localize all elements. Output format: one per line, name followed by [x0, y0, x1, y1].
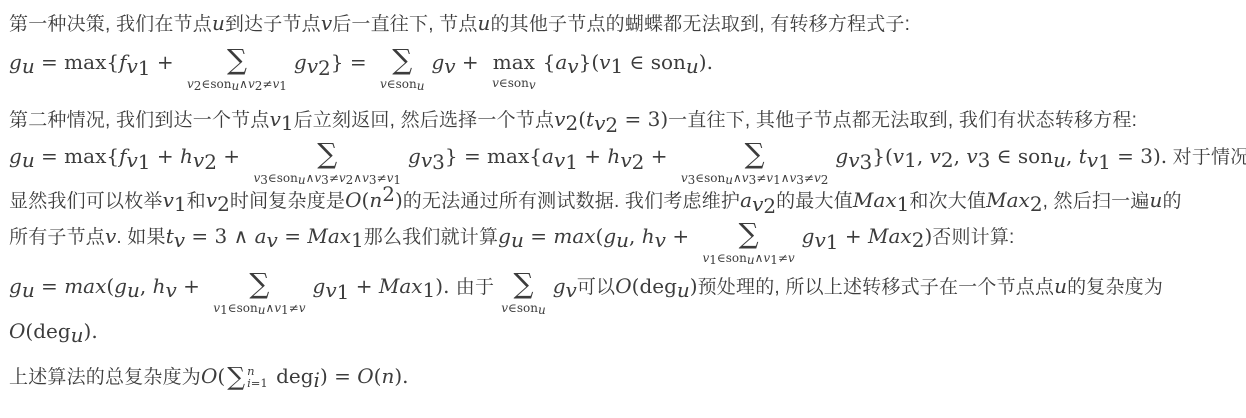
- math-subscript: v: [655, 237, 666, 250]
- math-symbol: }(: [872, 144, 893, 168]
- math-symbol: = max{: [35, 144, 119, 168]
- math-variable: n: [369, 188, 382, 212]
- math-subscript: v: [444, 63, 455, 76]
- math-variable: max: [64, 274, 106, 298]
- math-subscript: 1: [897, 201, 910, 214]
- math-symbol: (deg: [632, 274, 677, 298]
- math-variable: g: [313, 274, 326, 298]
- math-variable: g: [802, 224, 815, 248]
- math-symbol: +: [151, 144, 180, 168]
- cjk-text: 后立刻返回, 然后选择一个节点: [294, 110, 555, 131]
- math-symbol: 1: [174, 192, 187, 216]
- math-variable: h: [642, 224, 655, 248]
- cjk-text: 否则计算:: [932, 227, 1014, 248]
- math-subscript: u: [511, 237, 524, 250]
- sum-scripts: ni=1: [247, 365, 268, 389]
- math-symbol: ≠: [804, 171, 814, 185]
- math-subscript: u: [616, 237, 629, 250]
- math-subscript: 3: [796, 176, 804, 186]
- math-variable: v: [105, 224, 116, 248]
- math-variable: u: [511, 228, 524, 252]
- math-subscript: v2: [307, 63, 331, 76]
- sigma-icon: ∑: [513, 269, 533, 299]
- sum-limits: v1∈sonu∧v1≠v: [702, 252, 794, 265]
- math-variable: v: [174, 228, 185, 252]
- math-symbol: =: [278, 224, 307, 248]
- math-variable: u: [22, 148, 35, 172]
- math-symbol: ∈ son: [990, 144, 1053, 168]
- math-symbol: +: [456, 50, 485, 74]
- math-symbol: ∈ son: [623, 50, 686, 74]
- math-symbol: ,: [140, 274, 153, 298]
- math-symbol: 1: [279, 79, 287, 93]
- math-subscript: u: [231, 82, 239, 92]
- math-symbol: ).: [435, 274, 456, 298]
- cjk-text: , 然后扫一遍: [1043, 191, 1150, 212]
- math-symbol: 2: [912, 228, 925, 252]
- math-variable: v: [362, 171, 369, 185]
- math-symbol: +: [349, 274, 378, 298]
- math-variable: a: [740, 188, 752, 212]
- max-label: max: [493, 50, 535, 74]
- math-symbol: ,: [629, 224, 642, 248]
- cjk-text: 由于: [456, 277, 494, 298]
- math-symbol: =: [35, 274, 64, 298]
- math-variable: v: [1087, 148, 1098, 172]
- math-symbol: ,: [917, 144, 930, 168]
- cjk-text: 和次大值: [909, 191, 986, 212]
- math-variable: v: [501, 301, 508, 315]
- math-symbol: ∈son: [695, 171, 725, 185]
- math-subscript: 2: [632, 162, 645, 171]
- math-symbol: 1: [220, 303, 228, 317]
- math-variable: v: [492, 76, 499, 90]
- cjk-text: 的最大值: [776, 191, 853, 212]
- math-subscript: v: [165, 287, 176, 300]
- math-variable: v: [814, 228, 825, 252]
- math-subscript: v2: [752, 201, 776, 214]
- para2-else-equation: gu = max(gu, hv + ∑v1∈sonu∧v1≠vgv1 + Max…: [9, 269, 1238, 315]
- math-variable: g: [431, 50, 444, 74]
- math-variable: u: [1150, 188, 1163, 212]
- cjk-text: 一直往下, 其他子节点都无法取到, 我们有状态转移方程:: [668, 110, 1137, 131]
- para2-degree-term: O(degu).: [9, 318, 1238, 346]
- math-symbol: 1: [351, 228, 364, 252]
- math-variable: n: [381, 364, 394, 388]
- math-symbol: 1: [904, 148, 917, 172]
- math-variable: Max: [307, 224, 351, 248]
- para1-transfer-equation: gu = max{fv1 + ∑v2∈sonu∧v2≠v1gv2} = ∑v∈s…: [9, 45, 1238, 91]
- math-variable: u: [127, 278, 140, 302]
- math-variable: u: [478, 11, 491, 35]
- math-variable: v: [380, 77, 387, 91]
- math-symbol: 1: [281, 111, 294, 135]
- math-variable: v: [566, 278, 577, 302]
- math-symbol: 2: [821, 173, 829, 187]
- math-subscript: u: [686, 63, 699, 76]
- math-subscript: v2: [620, 157, 644, 170]
- math-variable: u: [677, 278, 690, 302]
- math-symbol: (: [106, 274, 114, 298]
- math-symbol: +: [578, 144, 607, 168]
- math-symbol: 2: [1030, 192, 1043, 216]
- math-symbol: +: [217, 144, 246, 168]
- math-subscript: v1: [554, 157, 578, 170]
- math-variable: a: [542, 144, 554, 168]
- sigma-icon: ∑: [227, 364, 245, 390]
- math-subscript: 1: [565, 162, 578, 171]
- math-variable: v: [274, 301, 281, 315]
- math-symbol: ∈son: [201, 77, 231, 91]
- math-symbol: ≠: [262, 77, 272, 91]
- math-subscript: 3: [369, 176, 377, 186]
- math-variable: v: [307, 54, 318, 78]
- solution-document: 第一种决策, 我们在节点u到达子节点v后一直往下, 节点u的其他子节点的蝴蝶都无…: [0, 0, 1246, 418]
- math-variable: a: [555, 50, 567, 74]
- sum-limits: v2∈sonu∧v2≠v1: [187, 78, 287, 91]
- sum-limits: v∈sonu: [501, 302, 546, 315]
- math-variable: v: [267, 228, 278, 252]
- inline-sum-operator: ∑ni=1: [227, 364, 268, 390]
- math-subscript: 2: [941, 157, 954, 170]
- cjk-text: 对于情况2: [1167, 147, 1246, 168]
- math-subscript: 1: [337, 292, 350, 301]
- math-variable: g: [498, 224, 511, 248]
- math-variable: g: [9, 144, 22, 168]
- math-symbol: =: [524, 224, 553, 248]
- math-symbol: ≠: [778, 251, 788, 265]
- math-subscript: 2: [318, 68, 331, 77]
- math-subscript: 3: [321, 176, 329, 186]
- math-variable: v: [788, 251, 795, 265]
- math-subscript: v1: [1087, 157, 1111, 170]
- math-symbol: 2: [382, 182, 395, 206]
- max-operator: maxv∈sonv: [492, 50, 536, 90]
- sigma-icon: ∑: [317, 139, 337, 169]
- math-subscript: 3: [260, 176, 268, 186]
- cjk-text: 到达子节点: [225, 14, 321, 35]
- math-subscript: u: [677, 287, 690, 300]
- math-variable: v: [893, 144, 904, 168]
- math-variable: g: [114, 274, 127, 298]
- sum-limits: v3∈sonu∧v3≠v1∧v3≠v2: [681, 172, 829, 185]
- math-symbol: ∧: [353, 171, 362, 185]
- math-subscript: v: [566, 287, 577, 300]
- cjk-text: 时间复杂度是: [230, 191, 345, 212]
- math-subscript: 1: [351, 237, 364, 250]
- math-variable: g: [294, 50, 307, 74]
- math-variable: v: [126, 54, 137, 78]
- cjk-text: 的无法通过所有测试数据. 我们考虑维护: [403, 191, 740, 212]
- cjk-text: 那么我们就计算: [364, 227, 498, 248]
- sum-operator: ∑v3∈sonu∧v3≠v2∧v3≠v1: [253, 139, 401, 185]
- sum-operator: ∑v1∈sonu∧v1≠v: [702, 219, 794, 265]
- math-variable: v: [620, 148, 631, 172]
- cjk-text: 可以: [577, 277, 615, 298]
- math-variable: h: [180, 144, 193, 168]
- math-symbol: (: [217, 364, 225, 388]
- math-subscript: 1: [770, 256, 778, 266]
- sigma-icon: ∑: [249, 269, 269, 299]
- math-subscript: 3: [860, 162, 873, 171]
- math-subscript: 1: [279, 82, 287, 92]
- math-variable: v: [299, 301, 306, 315]
- math-symbol: ∧: [733, 171, 742, 185]
- math-symbol: 2: [217, 192, 230, 216]
- math-variable: v: [321, 11, 332, 35]
- math-symbol: } =: [331, 50, 373, 74]
- math-symbol: 1: [1098, 150, 1111, 174]
- math-variable: v: [126, 148, 137, 172]
- math-symbol: ∈son: [508, 301, 538, 315]
- math-variable: O: [615, 274, 631, 298]
- math-variable: g: [408, 144, 421, 168]
- math-subscript: 1: [773, 176, 781, 186]
- math-variable: v: [681, 171, 688, 185]
- math-variable: v: [421, 148, 432, 172]
- math-symbol: 1: [138, 150, 151, 174]
- math-symbol: 2: [204, 150, 217, 174]
- math-symbol: ).: [699, 50, 713, 74]
- math-variable: g: [553, 274, 566, 298]
- math-symbol: ≠: [329, 171, 339, 185]
- cjk-text: 的: [1162, 191, 1181, 212]
- math-variable: v: [339, 171, 346, 185]
- math-subscript: v3: [421, 157, 445, 170]
- math-subscript: 2: [565, 120, 578, 133]
- math-subscript: 1: [174, 201, 187, 214]
- math-symbol: 2: [763, 194, 776, 218]
- math-variable: Max: [379, 274, 423, 298]
- math-variable: v: [848, 148, 859, 172]
- para2-transfer-equation: gu = max{fv1 + hv2 + ∑v3∈sonu∧v3≠v2∧v3≠v…: [9, 139, 1238, 185]
- math-symbol: 3: [796, 173, 804, 187]
- math-symbol: 1: [423, 278, 436, 302]
- math-subscript: 2: [217, 201, 230, 214]
- math-variable: v: [165, 278, 176, 302]
- math-symbol: 1: [337, 280, 350, 304]
- sum-operator: ∑v1∈sonu∧v1≠v: [213, 269, 305, 315]
- math-variable: a: [255, 224, 267, 248]
- para3-total-complexity: 上述算法的总复杂度为O(∑ni=1 degi) = O(n).: [9, 363, 1238, 392]
- math-symbol: ∈son: [387, 77, 417, 91]
- math-symbol: +: [666, 224, 695, 248]
- math-subscript: 1: [826, 242, 839, 251]
- math-subscript: 1: [138, 68, 151, 77]
- math-subscript: v1: [126, 157, 150, 170]
- math-subscript: v2: [594, 120, 618, 133]
- math-symbol: ): [690, 274, 698, 298]
- math-subscript: v1: [814, 237, 838, 250]
- math-variable: v: [930, 144, 941, 168]
- math-subscript: v: [174, 237, 185, 250]
- math-subscript: v3: [848, 157, 872, 170]
- math-subscript: 1: [220, 306, 228, 316]
- math-subscript: u: [747, 256, 755, 266]
- math-variable: v: [248, 77, 255, 91]
- math-variable: O: [9, 319, 25, 343]
- math-subscript: 2: [605, 125, 618, 134]
- math-variable: v: [966, 144, 977, 168]
- cjk-text: 后一直往下, 节点: [332, 14, 477, 35]
- math-symbol: = 3 ∧: [185, 224, 255, 248]
- math-subscript: u: [127, 287, 140, 300]
- math-symbol: = 3).: [1111, 144, 1167, 168]
- math-symbol: {: [543, 50, 556, 74]
- math-variable: O: [345, 188, 361, 212]
- math-variable: g: [9, 50, 22, 74]
- math-variable: v: [599, 50, 610, 74]
- math-symbol: +: [151, 50, 180, 74]
- math-variable: v: [529, 78, 536, 92]
- math-subscript: u: [71, 332, 84, 345]
- math-variable: u: [298, 173, 306, 187]
- math-superscript: 2: [382, 191, 395, 204]
- math-variable: v: [270, 107, 281, 131]
- math-variable: u: [686, 54, 699, 78]
- math-variable: v: [554, 148, 565, 172]
- math-symbol: 1: [281, 303, 289, 317]
- sum-lower-limit: i=1: [247, 377, 268, 389]
- math-symbol: ).: [84, 319, 98, 343]
- math-symbol: ∈son: [499, 76, 529, 90]
- cjk-text: . 如果: [116, 227, 165, 248]
- math-symbol: 1: [610, 54, 623, 78]
- math-symbol: (deg: [25, 319, 70, 343]
- math-symbol: = max{: [35, 50, 119, 74]
- math-subscript: u: [22, 287, 35, 300]
- math-symbol: 1: [826, 230, 839, 254]
- math-symbol: 2: [565, 111, 578, 135]
- max-limits: v∈sonv: [492, 77, 536, 90]
- para2-case-equation: 所有子节点v. 如果tv = 3 ∧ av = Max1那么我们就计算gu = …: [9, 219, 1238, 265]
- math-subscript: 2: [912, 237, 925, 250]
- math-symbol: 1: [138, 56, 151, 80]
- math-subscript: 1: [610, 63, 623, 76]
- math-symbol: 3: [860, 150, 873, 174]
- math-symbol: 3: [321, 173, 329, 187]
- para2-intro-line: 第二种情况, 我们到达一个节点v1后立刻返回, 然后选择一个节点v2(tv2 =…: [9, 106, 1238, 134]
- math-variable: v: [655, 228, 666, 252]
- math-subscript: v1: [325, 287, 349, 300]
- math-symbol: 1: [709, 253, 717, 267]
- math-symbol: ∈son: [268, 171, 298, 185]
- cjk-text: 的其他子节点的蝴蝶都无法取到, 有转移方程式子:: [490, 14, 910, 35]
- math-symbol: ∈son: [228, 301, 258, 315]
- sigma-icon: ∑: [392, 45, 412, 75]
- math-symbol: }(: [579, 50, 600, 74]
- math-symbol: +: [644, 144, 673, 168]
- math-subscript: 2: [204, 162, 217, 171]
- math-symbol: max: [493, 50, 535, 74]
- math-symbol: ,: [1066, 144, 1079, 168]
- math-variable: u: [417, 79, 425, 93]
- cjk-text: 预处理的, 所以上述转移式子在一个节点点: [698, 277, 1055, 298]
- math-symbol: ∈son: [717, 251, 747, 265]
- para1-intro-line: 第一种决策, 我们在节点u到达子节点v后一直往下, 节点u的其他子节点的蝴蝶都无…: [9, 10, 1238, 38]
- sigma-icon: ∑: [739, 219, 759, 249]
- math-subscript: v2: [193, 157, 217, 170]
- math-variable: v: [206, 188, 217, 212]
- math-variable: t: [166, 224, 174, 248]
- math-subscript: u: [538, 306, 546, 316]
- math-subscript: u: [22, 157, 35, 170]
- math-symbol: ) =: [320, 364, 357, 388]
- math-symbol: ≠: [289, 301, 299, 315]
- cjk-text: 显然我们可以枚举: [9, 191, 163, 212]
- math-variable: t: [1079, 144, 1087, 168]
- math-variable: v: [325, 278, 336, 302]
- sum-operator: ∑v3∈sonu∧v3≠v1∧v3≠v2: [681, 139, 829, 185]
- math-variable: u: [22, 54, 35, 78]
- math-symbol: 3: [369, 173, 377, 187]
- math-subscript: u: [22, 63, 35, 76]
- sum-operator: ∑v∈sonu: [380, 45, 425, 91]
- cjk-text: 上述算法的总复杂度为: [9, 367, 201, 388]
- math-variable: v: [752, 192, 763, 216]
- math-symbol: = 3): [618, 107, 668, 131]
- math-symbol: ,: [954, 144, 967, 168]
- math-variable: u: [725, 173, 733, 187]
- math-subscript: u: [298, 176, 306, 186]
- math-variable: t: [586, 107, 594, 131]
- math-variable: v: [742, 171, 749, 185]
- math-subscript: v: [567, 63, 578, 76]
- math-variable: v: [567, 54, 578, 78]
- math-subscript: 1: [904, 157, 917, 170]
- math-symbol: 1: [897, 192, 910, 216]
- math-variable: max: [553, 224, 595, 248]
- math-variable: u: [1053, 148, 1066, 172]
- math-symbol: 2: [632, 150, 645, 174]
- math-variable: v: [554, 107, 565, 131]
- math-variable: O: [357, 364, 373, 388]
- math-subscript: u: [1053, 157, 1066, 170]
- math-subscript: 1: [281, 306, 289, 316]
- math-variable: u: [212, 11, 225, 35]
- math-variable: Max: [986, 188, 1030, 212]
- math-variable: v: [444, 54, 455, 78]
- math-symbol: ∧: [781, 171, 790, 185]
- math-variable: Max: [868, 224, 912, 248]
- math-symbol: 2: [941, 148, 954, 172]
- math-symbol: ).: [394, 364, 408, 388]
- math-variable: g: [603, 224, 616, 248]
- sum-operator: ∑v∈sonu: [501, 269, 546, 315]
- math-symbol: ∧: [239, 77, 248, 91]
- cjk-text: 第一种决策, 我们在节点: [9, 14, 212, 35]
- math-subscript: 1: [423, 287, 436, 300]
- math-subscript: 3: [432, 162, 445, 171]
- sum-operator: ∑v2∈sonu∧v2≠v1: [187, 45, 287, 91]
- math-subscript: 2: [763, 206, 776, 215]
- math-variable: u: [616, 228, 629, 252]
- math-symbol: 1: [773, 173, 781, 187]
- sum-limits: v∈sonu: [380, 78, 425, 91]
- math-subscript: v1: [126, 63, 150, 76]
- cjk-text: 的复杂度为: [1067, 277, 1163, 298]
- math-symbol: } = max{: [445, 144, 542, 168]
- sum-limits: v1∈sonu∧v1≠v: [213, 302, 305, 315]
- math-variable: h: [607, 144, 620, 168]
- math-symbol: 2: [605, 113, 618, 137]
- math-subscript: v: [267, 237, 278, 250]
- math-variable: v: [187, 77, 194, 91]
- math-variable: v: [594, 111, 605, 135]
- math-symbol: 2: [318, 56, 331, 80]
- math-subscript: u: [417, 82, 425, 92]
- math-symbol: ∧: [265, 301, 274, 315]
